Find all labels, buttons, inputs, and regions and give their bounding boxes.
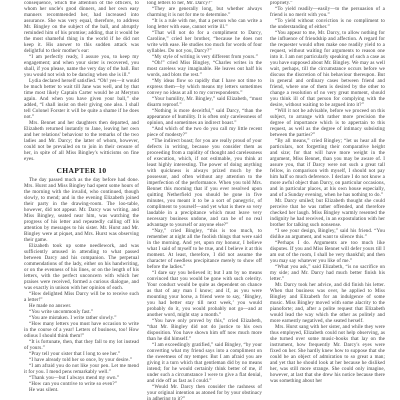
text-column-left: consequence, which the attention of the … <box>24 1 139 400</box>
paragraph: “What you ask,” said Elizabeth, “is no s… <box>270 265 385 283</box>
paragraph: “Will it not be advisable, before we pro… <box>270 109 385 139</box>
paragraph: “My ideas flow so rapidly that I have no… <box>147 79 262 97</box>
paragraph: The day passed much as the day before ha… <box>24 178 139 244</box>
paragraph: Lydia declared herself satisfied. “Oh! y… <box>24 79 139 121</box>
paragraph: “They are generally long, but whether al… <box>147 7 262 19</box>
paragraph: “Nay,” cried Bingley, “this is too much,… <box>147 229 262 271</box>
paragraph: “You appear to me, Mr. Darcy, to allow n… <box>270 31 385 109</box>
paragraph: “To yield readily—easily—to the persuasi… <box>270 7 385 19</box>
paragraph: “Oh!” cried Miss Bingley, “Charles write… <box>147 61 262 79</box>
paragraph: “And which of the two do you call my lit… <box>147 127 262 139</box>
text-column-right: propriety.”“To yield readily—easily—to t… <box>270 1 385 400</box>
paragraph: “Would Mr. Darcy then consider the rashn… <box>147 385 262 400</box>
paragraph: Elizabeth took up some needlework, and w… <box>24 244 139 292</box>
paragraph: “You have only proved by this,” cried El… <box>147 319 262 343</box>
paragraph: “That will not do for a compliment to Da… <box>147 31 262 55</box>
paragraph: “How many letters you must have occasion… <box>24 322 139 340</box>
paragraph: Mr. Darcy took her advice, and did finis… <box>270 283 385 325</box>
paragraph: Mr. Darcy smiled; but Elizabeth thought … <box>270 199 385 229</box>
right-column-paragraphs: propriety.”“To yield readily—easily—to t… <box>270 1 385 385</box>
paragraph: “It is a rule with me, that a person who… <box>147 19 262 31</box>
paragraph: “By all means,” cried Bingley; “let us h… <box>270 139 385 199</box>
middle-column-paragraphs: long letters to her, Mr. Darcy?”“They ar… <box>147 1 262 400</box>
text-column-middle: long letters to her, Mr. Darcy?”“They ar… <box>147 1 262 400</box>
document-page: consequence, which the attention of the … <box>0 0 400 400</box>
paragraph: “I see your design, Bingley,” said his f… <box>270 229 385 241</box>
paragraph: “I am exceedingly gratified,” said Bingl… <box>147 343 262 385</box>
paragraph: “It is fortunate, then, that they fall t… <box>24 340 139 352</box>
paragraph: He was silent. <box>24 388 139 394</box>
paragraph: “Perhaps I do. Arguments are too much li… <box>270 241 385 265</box>
paragraph: “I am afraid you do not like your pen. L… <box>24 364 139 376</box>
paragraph: consequence, which the attention of the … <box>24 1 139 55</box>
paragraph: “How delighted Miss Darcy will be to rec… <box>24 292 139 304</box>
paragraph: “The indirect boast; for you are really … <box>147 139 262 229</box>
paragraph: “I am perfectly ready, I assure you, to … <box>24 55 139 79</box>
paragraph: “I dare say you believed it; but I am by… <box>147 271 262 319</box>
paragraph: “Nothing is more deceitful,” said Darcy,… <box>147 109 262 127</box>
chapter10-opening-paragraphs: The day passed much as the day before ha… <box>24 178 139 394</box>
chapter9-ending-paragraphs: consequence, which the attention of the … <box>24 1 139 163</box>
paragraph: Mrs. Hurst sang with her sister, and whi… <box>270 325 385 385</box>
chapter-heading: CHAPTER 10 <box>24 167 139 175</box>
paragraph: Mrs. Bennet and her daughters then depar… <box>24 121 139 163</box>
paragraph: “Your humility, Mr. Bingley,” said Eliza… <box>147 97 262 109</box>
paragraph: “To yield without conviction is no compl… <box>270 19 385 31</box>
